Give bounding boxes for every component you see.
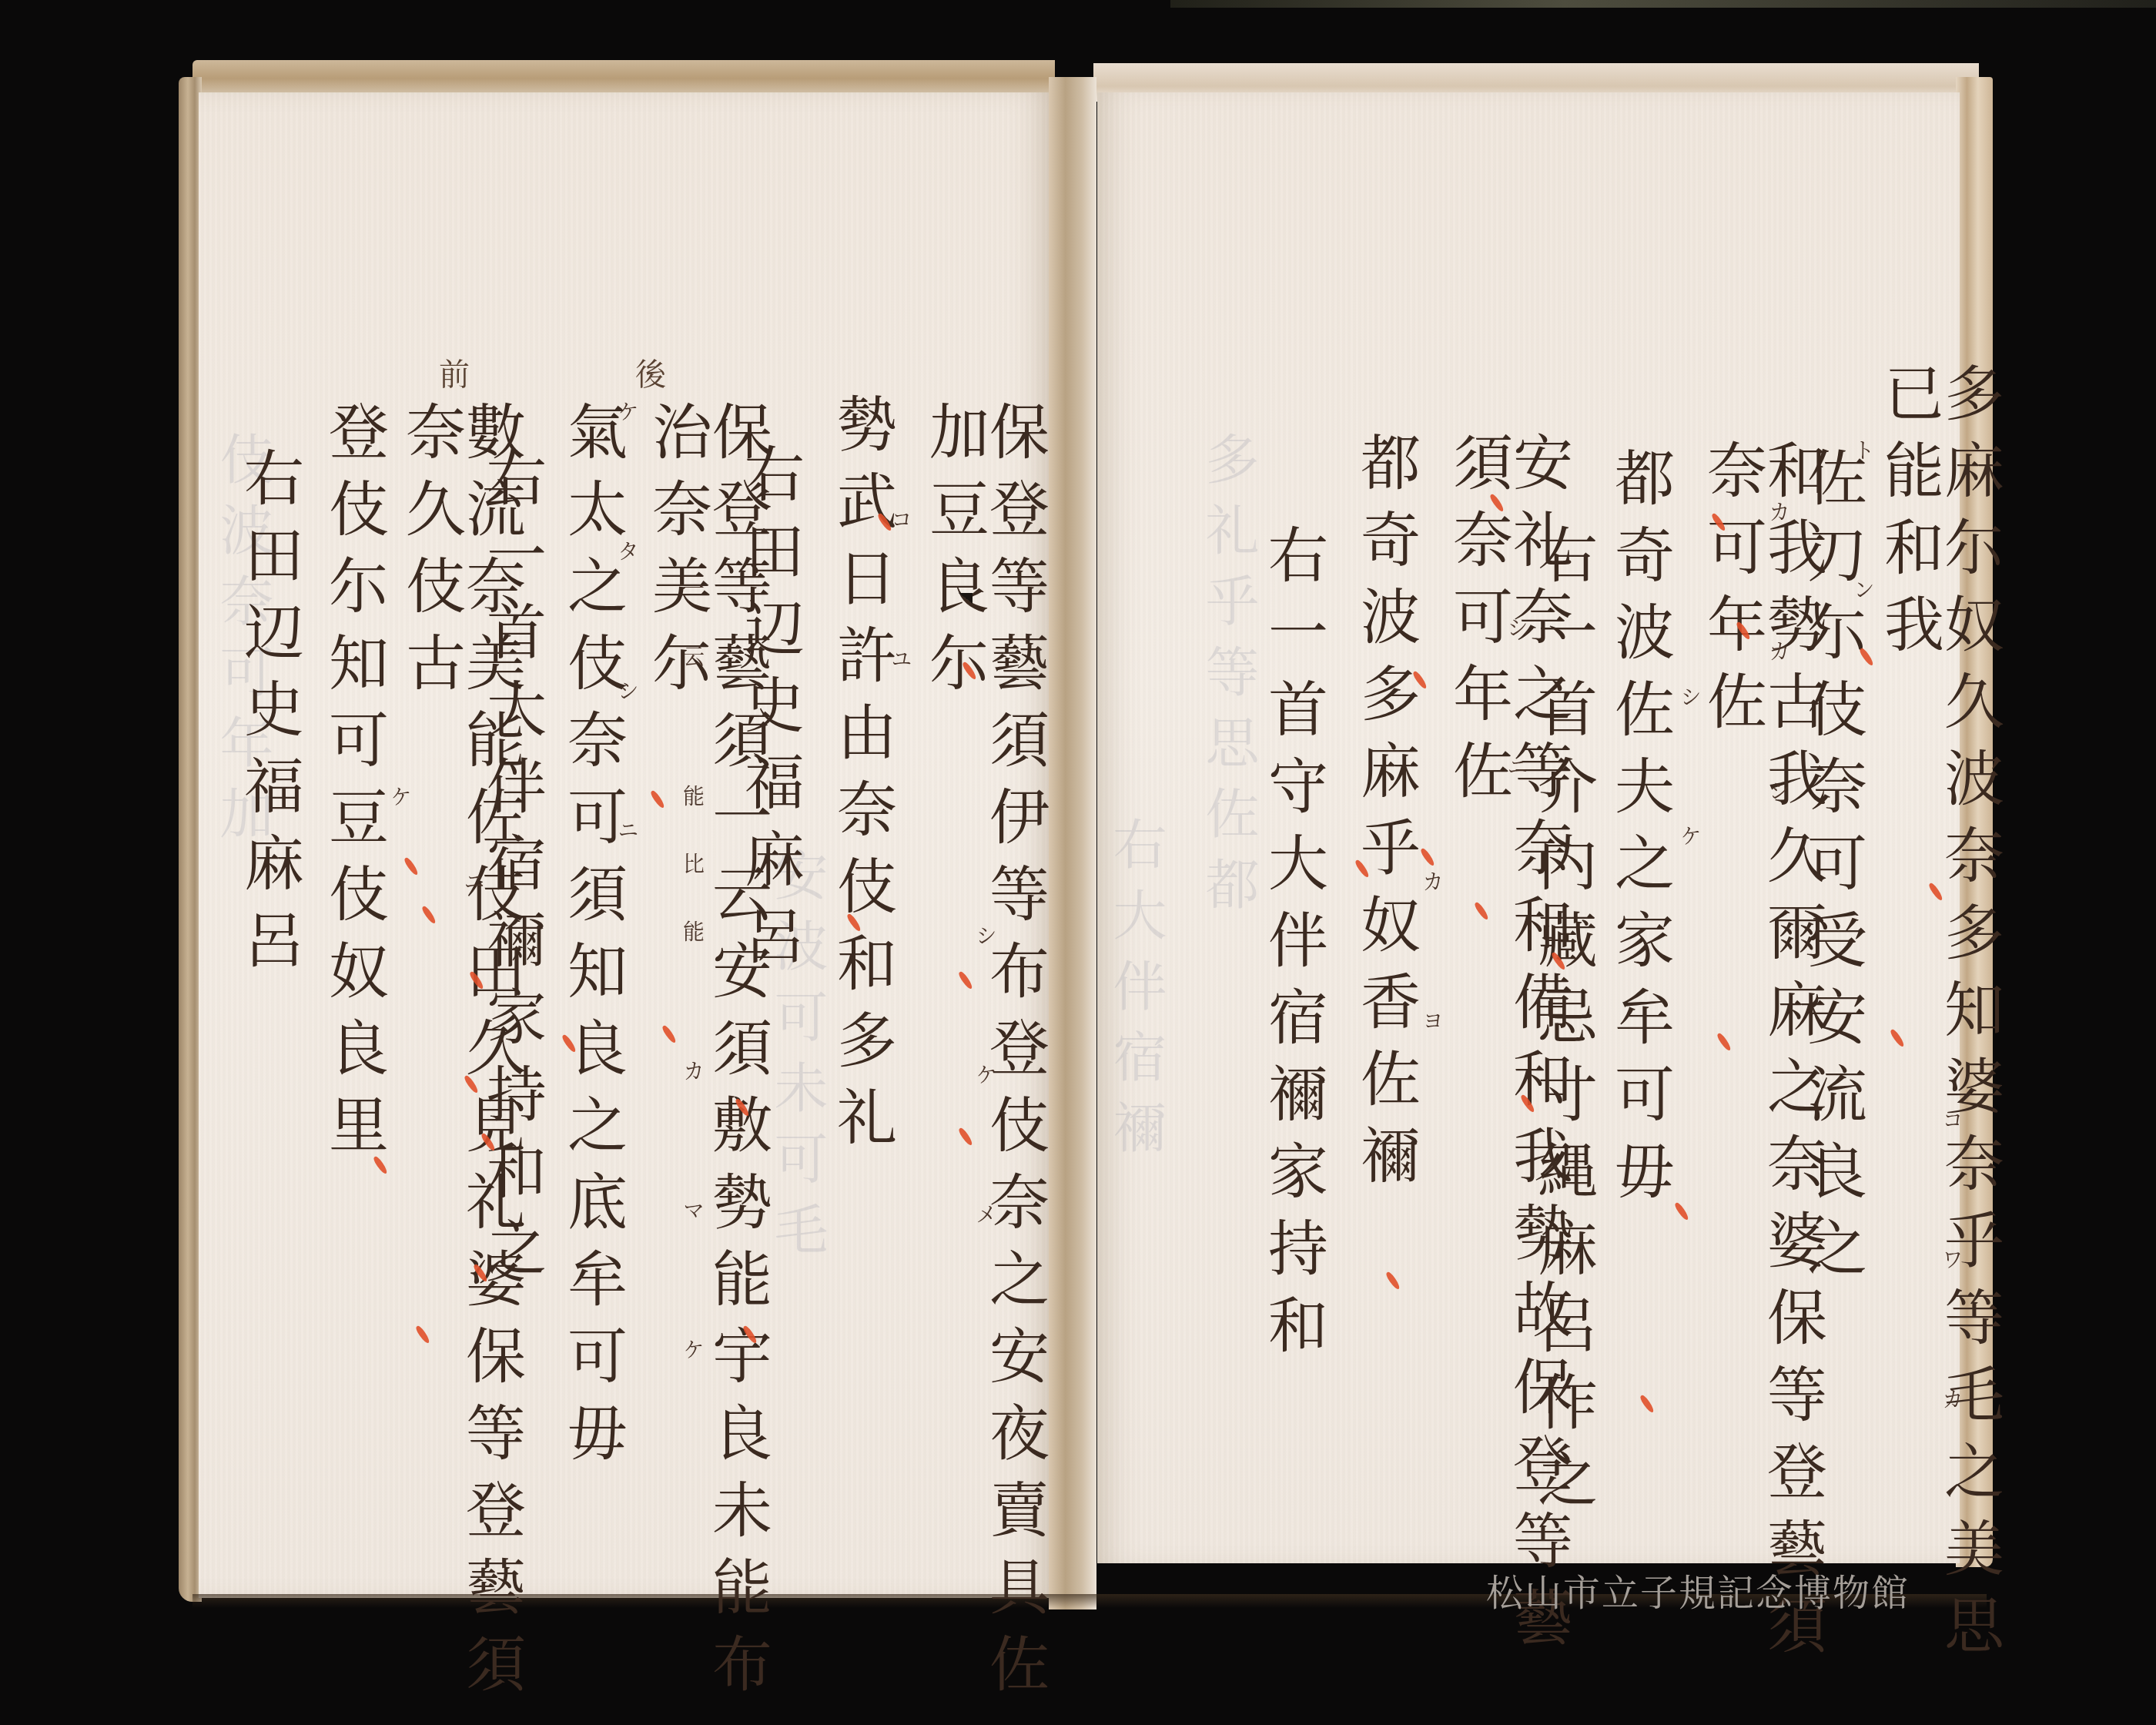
right-col-3: 和我勢古我久爾麻之奈婆保等登藝須奈可年佐 [1702, 439, 1822, 1725]
book-gutter [1049, 77, 1096, 1609]
right-col-4: 都奇波佐夫之家牟可毋 [1609, 447, 1669, 1217]
gloss: カ ヨ [1421, 870, 1442, 1077]
gloss: シ ケ メ [974, 924, 996, 1271]
right-col-8: 右一首守大伴宿禰家持和 [1263, 524, 1323, 1371]
left-col-5: 氣太之伎奈可須知良之底牟可毋 [562, 400, 622, 1479]
left-col-9: 右田辺史福麻呂 [239, 447, 299, 986]
right-col-1: 多麻尓奴久波奈多知婆奈乎等毛之美思已能和我 [1879, 362, 1999, 1725]
gloss: カ カ シ [1767, 501, 1789, 847]
museum-watermark: 松山市立子規記念博物館 [1486, 1563, 1910, 1616]
gloss: ケ [389, 785, 410, 853]
gloss: ニ [462, 870, 484, 938]
left-col-4: 保登等藝須一云安須敷勢能宇良未能布治奈美尓 [647, 400, 767, 1725]
gloss: シ ニ [1505, 616, 1527, 823]
open-book: 多礼乎等思佐都 右大伴宿禰 安波可未可毛 伎波奈可年加 多麻尓奴久波奈多知婆奈乎… [0, 0, 2156, 1725]
left-col-8: 登伎尓知可豆伎奴良里 [323, 400, 383, 1171]
ink-mark-icon [959, 593, 973, 604]
gloss: コ ユ [889, 508, 911, 715]
heading-before: 前 [439, 350, 470, 394]
gloss: ト ン [1852, 439, 1873, 646]
left-col-7: 數流奈美能佐伎田久見礼婆保等登藝須奈久伎古 [400, 400, 521, 1725]
gloss: コ ワ カ [1940, 1109, 1962, 1455]
show-through-text: 多礼乎等思佐都 [1201, 431, 1255, 927]
show-through-text: 右大伴宿禰 [1109, 816, 1163, 1171]
gloss: 一云 能比能 カ マ ケ [681, 578, 703, 1406]
gloss: シ ケ [1679, 685, 1700, 893]
right-col-7: 都奇波多麻乎奴香佐禰 [1355, 431, 1415, 1201]
gloss: ケ タ シ ニ [616, 400, 638, 886]
heading-after: 後 [635, 350, 666, 394]
left-col-2: 勢武日許由奈伎和多礼 [832, 393, 892, 1163]
